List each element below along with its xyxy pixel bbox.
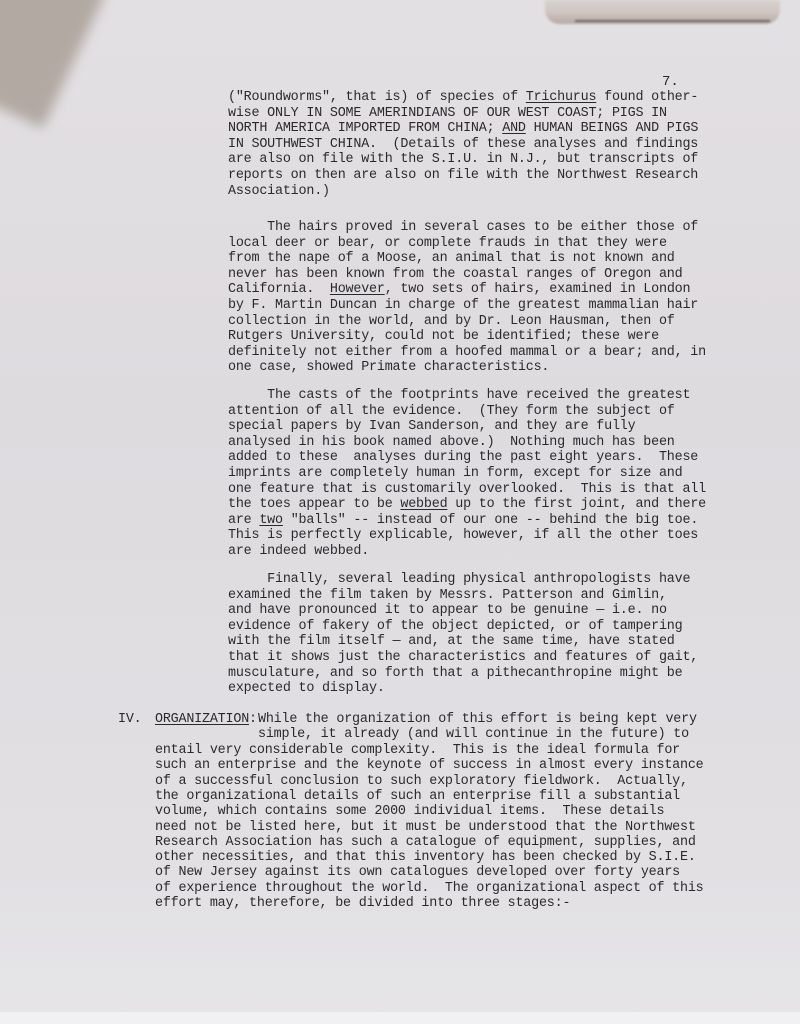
- text-line: one feature that is customarily overlook…: [228, 482, 706, 497]
- underlined-word: webbed: [400, 497, 447, 512]
- text-line: from the nape of a Moose, an animal that…: [228, 251, 675, 266]
- text-line: are also on file with the S.I.U. in N.J.…: [228, 152, 698, 167]
- text-line: effort may, therefore, be divided into t…: [155, 896, 570, 911]
- text-line: expected to display.: [228, 681, 385, 696]
- section-numeral: IV.: [118, 712, 142, 727]
- underlined-word: However: [330, 282, 385, 297]
- text-line: wise ONLY IN SOME AMERINDIANS OF OUR WES…: [228, 106, 667, 121]
- text-line: of New Jersey against its own catalogues…: [155, 865, 680, 880]
- underlined-word: Trichurus: [526, 90, 597, 105]
- text-line: and have pronounced it to appear to be g…: [228, 603, 667, 618]
- text-line: are indeed webbed.: [228, 544, 369, 559]
- text-line: added to these analyses during the past …: [228, 450, 698, 465]
- section-first-line: While the organization of this effort is…: [258, 712, 697, 727]
- text-line: Rutgers University, could not be identif…: [228, 329, 659, 344]
- document-page: 7. ("Roundworms", that is) of species of…: [0, 0, 800, 1024]
- section-heading-text: ORGANIZATION: [155, 712, 249, 727]
- text-line: ("Roundworms", that is) of species of Tr…: [228, 90, 698, 105]
- text-line: Research Association has such a catalogu…: [155, 835, 696, 850]
- text-line: IN SOUTHWEST CHINA. (Details of these an…: [228, 137, 698, 152]
- text-line: need not be listed here, but it must be …: [155, 820, 696, 835]
- text-line: by F. Martin Duncan in charge of the gre…: [228, 298, 698, 313]
- text-line: evidence of fakery of the object depicte…: [228, 619, 682, 634]
- underlined-word: two: [259, 513, 283, 528]
- text-line: entail very considerable complexity. Thi…: [155, 743, 680, 758]
- text-line: the toes appear to be webbed up to the f…: [228, 497, 706, 512]
- text-line: attention of all the evidence. (They for…: [228, 404, 675, 419]
- text-line: local deer or bear, or complete frauds i…: [228, 236, 667, 251]
- page-corner-shadow: [0, 0, 106, 128]
- text-line: analysed in his book named above.) Nothi…: [228, 435, 675, 450]
- text-line: examined the film taken by Messrs. Patte…: [228, 588, 667, 603]
- text-line: of experience throughout the world. The …: [155, 881, 704, 896]
- text-line: volume, which contains some 2000 individ…: [155, 804, 664, 819]
- text-line: other necessities, and that this invento…: [155, 850, 696, 865]
- text-line: musculature, and so forth that a pitheca…: [228, 666, 682, 681]
- text-line: California. However, two sets of hairs, …: [228, 282, 690, 297]
- text-line: The hairs proved in several cases to be …: [228, 220, 698, 235]
- text-line: reports on then are also on file with th…: [228, 168, 698, 183]
- text-line: with the film itself — and, at the same …: [228, 634, 675, 649]
- text-line: imprints are completely human in form, e…: [228, 466, 682, 481]
- text-line: special papers by Ivan Sanderson, and th…: [228, 419, 635, 434]
- text-line: never has been known from the coastal ra…: [228, 267, 682, 282]
- text-line: Finally, several leading physical anthro…: [228, 572, 690, 587]
- text-line: This is perfectly explicable, however, i…: [228, 528, 698, 543]
- underlined-word: AND: [502, 121, 526, 136]
- text-line: The casts of the footprints have receive…: [228, 388, 690, 403]
- page-bottom-edge: [0, 1012, 800, 1024]
- text-line: one case, showed Primate characteristics…: [228, 360, 549, 375]
- text-line: of a successful conclusion to such explo…: [155, 774, 688, 789]
- text-line: NORTH AMERICA IMPORTED FROM CHINA; AND H…: [228, 121, 698, 136]
- text-line: are two "balls" -- instead of our one --…: [228, 513, 698, 528]
- section-heading-colon: :: [249, 712, 257, 727]
- section-heading: ORGANIZATION:: [155, 712, 257, 727]
- text-line: collection in the world, and by Dr. Leon…: [228, 314, 675, 329]
- text-line: Association.): [228, 184, 330, 199]
- text-line: definitely not either from a hoofed mamm…: [228, 345, 706, 360]
- text-line: the organizational details of such an en…: [155, 789, 680, 804]
- scanner-clip: [545, 0, 780, 24]
- text-line: such an enterprise and the keynote of su…: [155, 758, 704, 773]
- section-second-line: simple, it already (and will continue in…: [258, 727, 689, 742]
- text-line: that it shows just the characteristics a…: [228, 650, 698, 665]
- page-number: 7.: [662, 74, 679, 90]
